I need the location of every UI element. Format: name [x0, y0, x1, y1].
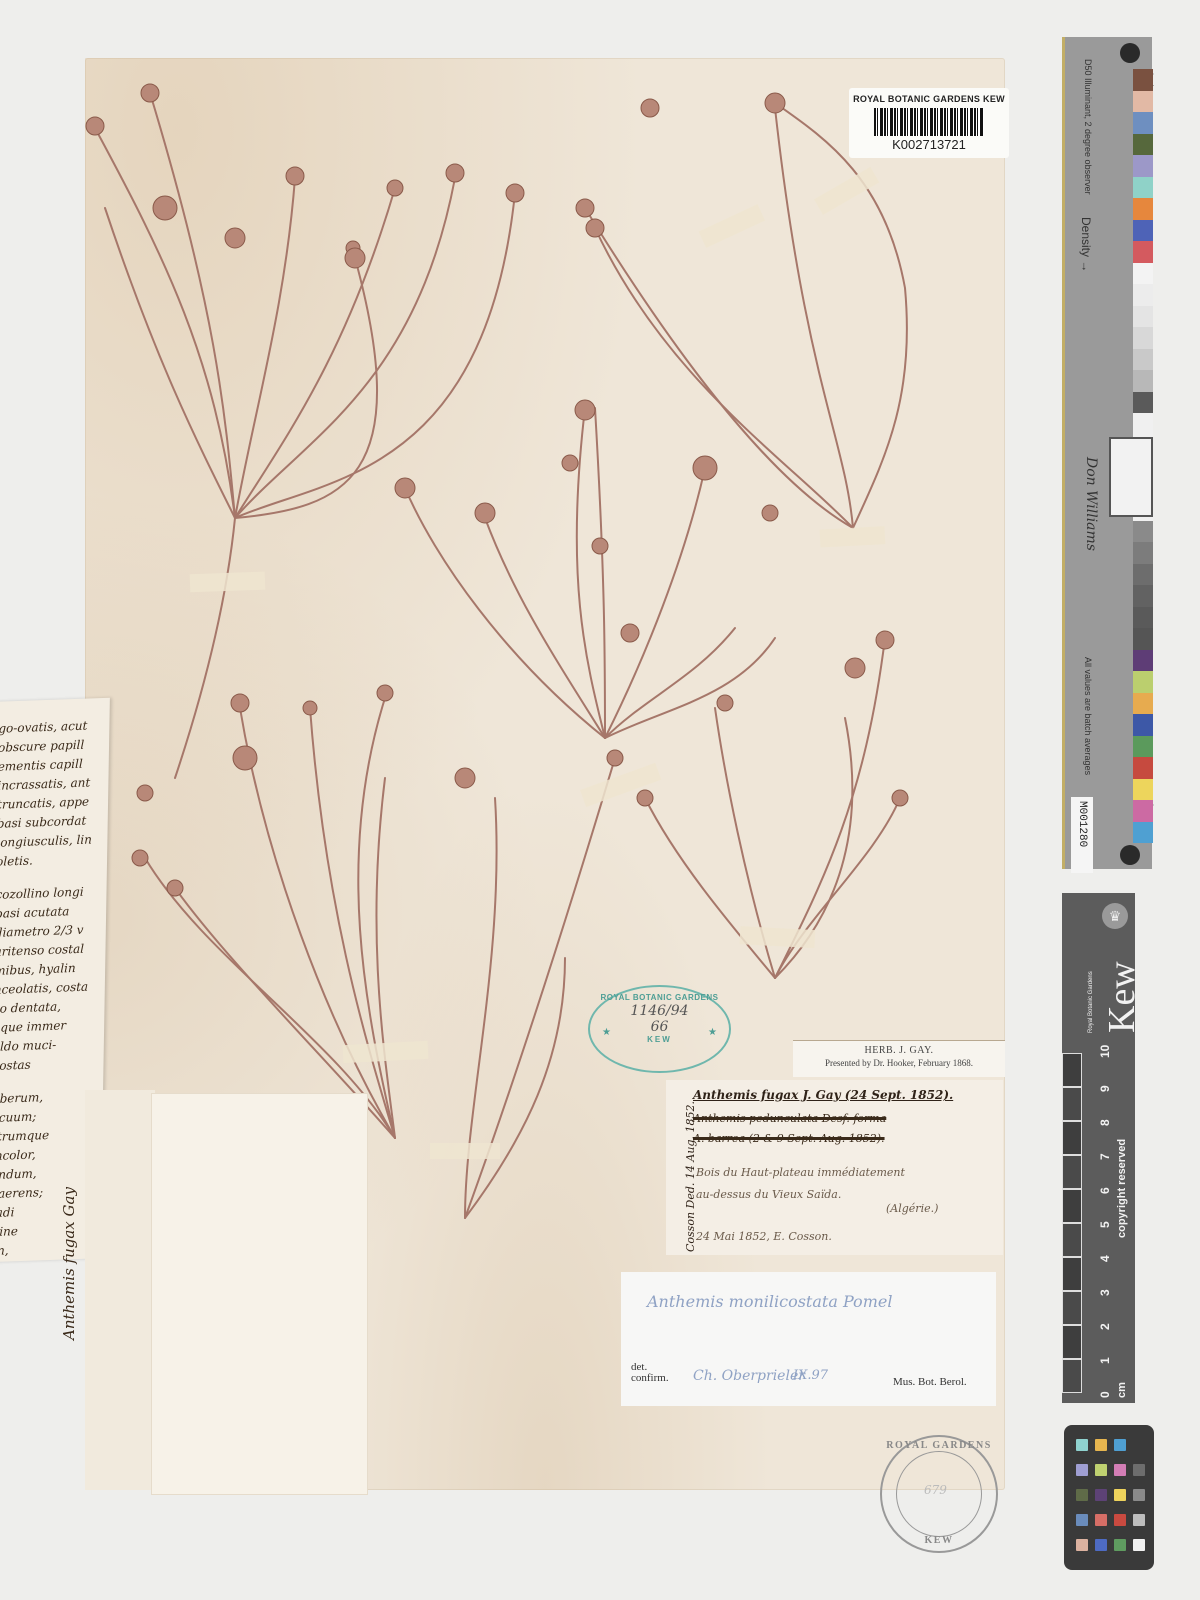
color-patch	[1133, 306, 1153, 328]
color-patch	[1133, 671, 1153, 693]
scale-number: 7	[1098, 1153, 1112, 1160]
royal-gardens-stamp: ROYAL GARDENS 679 KEW	[880, 1435, 998, 1553]
scale-segment	[1062, 1291, 1082, 1325]
color-swatch	[1133, 1464, 1145, 1476]
royal-crest-icon: ♛	[1102, 903, 1128, 929]
kew-logo: Kew	[1100, 961, 1144, 1033]
scale-segment	[1062, 1257, 1082, 1291]
scale-number: 1	[1098, 1357, 1112, 1364]
brand-logo: Don Williams	[1083, 457, 1099, 551]
scale-number: 3	[1098, 1289, 1112, 1296]
taxon-name: Anthemis fugax J. Gay (24 Sept. 1852).	[693, 1088, 953, 1102]
color-swatch	[1095, 1464, 1107, 1476]
color-patch	[1133, 564, 1153, 586]
serial-number: M001280	[1076, 801, 1088, 847]
mini-colorchecker	[1064, 1425, 1154, 1570]
struck-name-line: Anthemis pedunculata Desf. forma	[693, 1112, 886, 1125]
scale-number: 0	[1098, 1391, 1112, 1398]
scale-number: 8	[1098, 1119, 1112, 1126]
kew-accession-stamp: ROYAL BOTANIC GARDENS 1146/94 66 KEW ★ ★	[588, 985, 731, 1073]
barcode-number: K002713721	[849, 137, 1009, 152]
color-swatch	[1133, 1489, 1145, 1501]
color-swatch	[1076, 1514, 1088, 1526]
color-swatch	[1114, 1539, 1126, 1551]
color-patch	[1133, 155, 1153, 177]
note-line: longiusculis, lin	[0, 830, 108, 853]
barcode	[874, 108, 984, 136]
color-patch	[1133, 693, 1153, 715]
footnote: All values are batch averages	[1083, 657, 1093, 775]
determination-label: Anthemis monilicostata Pomel det. confir…	[621, 1272, 996, 1406]
color-swatch	[1076, 1539, 1088, 1551]
star-icon: ★	[708, 1027, 717, 1038]
scale-number: 6	[1098, 1187, 1112, 1194]
hole-punch	[1120, 43, 1140, 63]
color-swatch	[1095, 1489, 1107, 1501]
herb-presented: Presented by Dr. Hooker, February 1868.	[793, 1058, 1005, 1068]
barcode-institution: ROYAL BOTANIC GARDENS KEW	[849, 94, 1009, 104]
color-patch	[1133, 542, 1153, 564]
color-patch	[1133, 800, 1153, 822]
color-patch	[1133, 69, 1153, 91]
collection-date-collector: 24 Mai 1852, E. Cosson.	[696, 1230, 832, 1243]
scale-segment	[1062, 1325, 1082, 1359]
struck-name-line: A. barrea (2 & 9 Sept. Aug. 1852).	[693, 1132, 885, 1145]
color-patch	[1133, 370, 1153, 392]
color-patch	[1133, 91, 1153, 113]
det-prefix: det. confirm.	[631, 1362, 669, 1384]
scale-number: 9	[1098, 1085, 1112, 1092]
color-patch	[1133, 327, 1153, 349]
scale-segment	[1062, 1359, 1082, 1393]
color-swatch	[1114, 1489, 1126, 1501]
color-swatch	[1076, 1464, 1088, 1476]
scale-number: 5	[1098, 1221, 1112, 1228]
color-swatch	[1076, 1489, 1088, 1501]
color-swatch	[1095, 1514, 1107, 1526]
stamp-bottom-text: KEW	[882, 1535, 996, 1546]
color-patch	[1133, 650, 1153, 672]
color-patch	[1133, 607, 1153, 629]
star-icon: ★	[602, 1027, 611, 1038]
scale-number: 4	[1098, 1255, 1112, 1262]
color-calibration-bar: D50 Illuminant, 2 degree observer inches…	[1062, 37, 1152, 869]
side-annotation: Cosson Ded. 14 Aug. 1852.	[684, 1101, 697, 1252]
color-patch	[1133, 198, 1153, 220]
determination-institution: Mus. Bot. Berol.	[893, 1376, 967, 1388]
color-patch	[1133, 822, 1153, 844]
color-patch	[1133, 134, 1153, 156]
illuminant-text: D50 Illuminant, 2 degree observer	[1083, 59, 1093, 195]
hole-punch	[1120, 845, 1140, 865]
determined-taxon: Anthemis monilicostata Pomel	[647, 1292, 892, 1311]
color-swatch	[1076, 1439, 1088, 1451]
color-patch	[1133, 112, 1153, 134]
fragment-packet	[151, 1093, 368, 1495]
color-patch	[1133, 284, 1153, 306]
stamp-ring-text: ROYAL GARDENS	[882, 1440, 996, 1451]
color-swatch	[1133, 1514, 1145, 1526]
color-patch	[1133, 779, 1153, 801]
scale-segment	[1062, 1087, 1082, 1121]
color-patch	[1133, 263, 1153, 285]
scale-segment	[1062, 1223, 1082, 1257]
scale-segment	[1062, 1155, 1082, 1189]
color-patch	[1133, 736, 1153, 758]
locality-line: au-dessus du Vieux Saïda.	[696, 1188, 841, 1201]
color-swatch	[1133, 1539, 1145, 1551]
color-patch	[1133, 628, 1153, 650]
confirm-text: confirm.	[631, 1373, 669, 1384]
serial-label: M001280	[1071, 797, 1093, 873]
packet-annotation: Anthemis fugax Gay	[60, 1120, 78, 1340]
scale-number: 2	[1098, 1323, 1112, 1330]
color-patch	[1133, 177, 1153, 199]
color-patch	[1133, 757, 1153, 779]
color-patch	[1133, 392, 1153, 414]
color-swatch	[1095, 1539, 1107, 1551]
scale-segment	[1062, 1053, 1082, 1087]
fragment-packet-flap	[85, 1090, 155, 1490]
determiner: Ch. Oberprieler	[693, 1368, 805, 1384]
collection-label: Anthemis fugax J. Gay (24 Sept. 1852). A…	[666, 1080, 1003, 1255]
color-patch	[1133, 714, 1153, 736]
barcode-label: ROYAL BOTANIC GARDENS KEW K002713721	[849, 88, 1009, 158]
locality-line: Bois du Haut-plateau immédiatement	[696, 1166, 905, 1179]
color-patch	[1133, 585, 1153, 607]
stamp-header: ROYAL BOTANIC GARDENS	[590, 993, 729, 1002]
country: (Algérie.)	[886, 1202, 938, 1215]
scale-segment	[1062, 1189, 1082, 1223]
kew-logo-subtitle: Royal Botanic Gardens	[1088, 971, 1094, 1033]
color-patch	[1133, 349, 1153, 371]
herb-title: HERB. J. GAY.	[793, 1045, 1005, 1056]
color-patch	[1133, 413, 1153, 435]
stamp-number: 679	[924, 1483, 947, 1497]
density-label: Density →	[1079, 217, 1093, 272]
color-patch	[1133, 220, 1153, 242]
color-swatch	[1114, 1439, 1126, 1451]
scale-ticks	[1062, 1053, 1090, 1403]
resolution-target	[1109, 437, 1153, 517]
herbarium-origin-label: HERB. J. GAY. Presented by Dr. Hooker, F…	[793, 1040, 1005, 1077]
color-patch	[1133, 521, 1153, 543]
kew-scale-bar: ♛ Kew Royal Botanic Gardens copyright re…	[1062, 893, 1135, 1403]
determination-date: IX.97	[793, 1368, 828, 1383]
color-swatch	[1133, 1439, 1145, 1451]
color-swatch	[1114, 1464, 1126, 1476]
color-patch	[1133, 241, 1153, 263]
scale-segment	[1062, 1121, 1082, 1155]
scale-unit: cm	[1116, 1382, 1128, 1398]
copyright-notice: copyright reserved	[1116, 1139, 1128, 1238]
color-swatch	[1095, 1439, 1107, 1451]
stamp-accession: 1146/94	[590, 1003, 729, 1019]
color-swatch	[1114, 1514, 1126, 1526]
scale-number: 10	[1098, 1045, 1112, 1058]
